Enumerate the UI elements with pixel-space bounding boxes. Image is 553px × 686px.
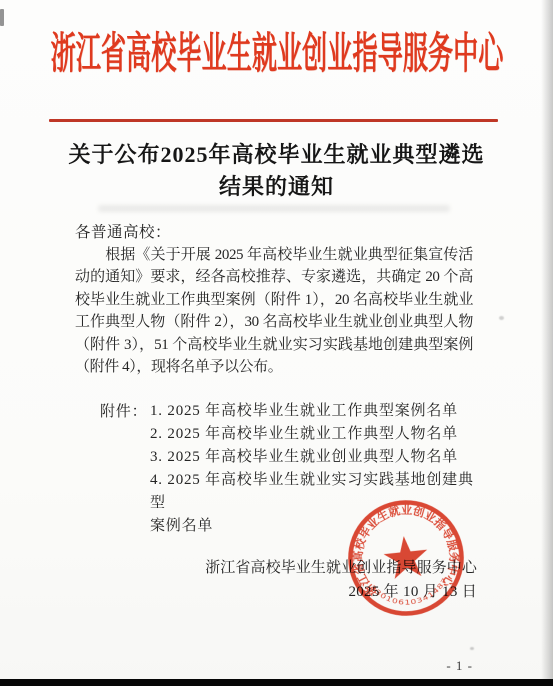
scan-edge-mark <box>0 9 4 26</box>
scan-speck <box>470 647 474 650</box>
scanned-notice-page: { "document": { "letterhead": "浙江省高校毕业生就… <box>0 0 553 686</box>
attachments-label: 附件： <box>100 400 147 421</box>
page-number: - 1 - <box>446 658 473 674</box>
attachment-item-line: 2. 2025 年高校毕业生就业工作典型人物名单 <box>150 423 480 446</box>
body-line: 动的通知》要求，经各高校推荐、专家遴选，共确定 20 个高 <box>75 266 473 288</box>
salutation: 各普通高校： <box>75 220 171 242</box>
body-line: （附件 4），现将名单予以公布。 <box>75 356 473 378</box>
document-title: 关于公布2025年高校毕业生就业典型遴选 结果的通知 <box>0 139 553 203</box>
body-line: （附件 3），51 个高校毕业生就业实习实践基地创建典型案例 <box>75 334 473 356</box>
document-title-line-1: 关于公布2025年高校毕业生就业典型遴选 <box>0 139 553 171</box>
body-line: 工作典型人物（附件 2），30 名高校毕业生就业创业典型人物 <box>75 311 473 333</box>
attachment-item: 2. 2025 年高校毕业生就业工作典型人物名单 <box>150 423 480 446</box>
scan-right-edge-shadow <box>541 0 553 679</box>
official-red-seal: 浙江省高校毕业生就业创业指导服务中心 33010610341487 <box>324 476 489 641</box>
scan-speck <box>499 316 504 320</box>
red-separator-rule <box>49 119 498 122</box>
body-line: 校毕业生就业工作典型案例（附件 1），20 名高校毕业生就业 <box>75 289 473 311</box>
scan-bleedthrough-artifact <box>98 205 450 212</box>
body-line: 根据《关于开展 2025 年高校毕业生就业典型征集宣传活 <box>75 244 473 266</box>
document-title-line-2: 结果的通知 <box>0 171 553 203</box>
attachment-item-line: 1. 2025 年高校毕业生就业工作典型案例名单 <box>150 400 480 423</box>
letterhead-title: 浙江省高校毕业生就业创业指导服务中心 <box>50 31 503 79</box>
body-paragraph: 根据《关于开展 2025 年高校毕业生就业典型征集宣传活动的通知》要求，经各高校… <box>75 244 473 378</box>
star-icon <box>382 534 430 580</box>
attachment-item: 1. 2025 年高校毕业生就业工作典型案例名单 <box>150 400 480 423</box>
attachment-item: 3. 2025 年高校毕业生就业创业典型人物名单 <box>150 446 480 469</box>
attachment-item-line: 3. 2025 年高校毕业生就业创业典型人物名单 <box>150 446 480 469</box>
scan-bottom-black-edge <box>0 679 553 686</box>
